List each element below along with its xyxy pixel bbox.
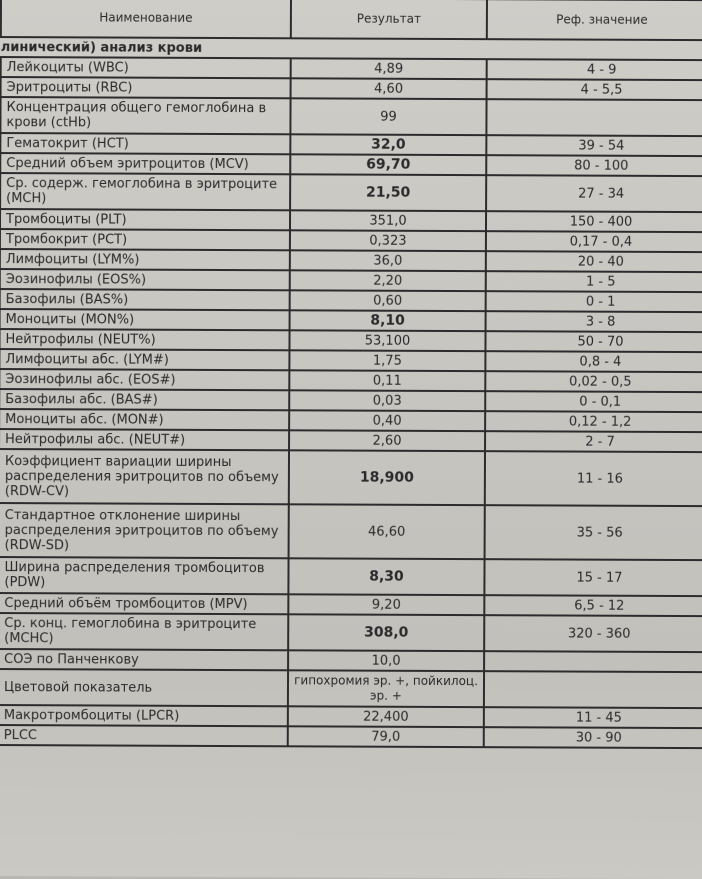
reference-range-cell: 0,8 - 4 <box>485 351 702 372</box>
test-name-cell: Эозинофилы абс. (EOS#) <box>0 369 289 390</box>
test-result-cell: 46,60 <box>289 504 485 559</box>
reference-range-cell: 11 - 16 <box>485 451 702 506</box>
test-result-cell: гипохромия эр. +, пойкилоц. эр. + <box>288 670 484 707</box>
table-row: Ширина распределения тромбоцитов (PDW)8,… <box>0 557 702 596</box>
test-result-cell: 9,20 <box>288 594 484 615</box>
reference-range-cell: 6,5 - 12 <box>484 595 702 616</box>
test-name-cell: Цветовой показатель <box>0 669 288 706</box>
test-result-cell: 308,0 <box>288 614 484 651</box>
test-result-cell: 10,0 <box>288 650 484 671</box>
test-result-cell: 0,03 <box>289 390 485 411</box>
table-row: PLCC79,030 - 90 <box>0 725 702 748</box>
table-row: Цветовой показательгипохромия эр. +, пой… <box>0 669 702 708</box>
blood-test-table: Наименование Результат Реф. значение лин… <box>0 0 702 749</box>
header-reference: Реф. значение <box>487 0 702 40</box>
test-name-cell: Гематокрит (HCT) <box>0 133 290 154</box>
table-row: Ср. конц. гемоглобина в эритроците (MCHC… <box>0 613 702 652</box>
table-row: Концентрация общего гемоглобина в крови … <box>0 97 702 136</box>
reference-range-cell: 27 - 34 <box>486 175 702 212</box>
test-name-cell: Нейтрофилы (NEUT%) <box>0 329 290 350</box>
test-name-cell: Макротромбоциты (LPCR) <box>0 705 288 726</box>
test-name-cell: Лимфоциты (LYM%) <box>0 249 290 270</box>
reference-range-cell: 4 - 5,5 <box>487 79 702 100</box>
test-name-cell: Базофилы абс. (BAS#) <box>0 389 289 410</box>
test-name-cell: Лимфоциты абс. (LYM#) <box>0 349 289 370</box>
test-name-cell: Ср. содерж. гемоглобина в эритроците (MC… <box>0 173 290 210</box>
test-name-cell: Средний объём тромбоцитов (MPV) <box>0 593 288 614</box>
test-name-cell: Моноциты (MON%) <box>0 309 290 330</box>
reference-range-cell <box>484 651 702 672</box>
test-result-cell: 32,0 <box>290 134 486 155</box>
reference-range-cell: 30 - 90 <box>484 727 702 748</box>
test-result-cell: 53,100 <box>289 330 485 351</box>
test-name-cell: PLCC <box>0 725 288 746</box>
test-result-cell: 0,60 <box>290 290 486 311</box>
test-result-cell: 69,70 <box>290 154 486 175</box>
test-result-cell: 4,60 <box>291 78 487 99</box>
reference-range-cell: 0,17 - 0,4 <box>486 231 702 252</box>
reference-range-cell <box>486 99 702 136</box>
test-name-cell: Лейкоциты (WBC) <box>1 57 291 78</box>
reference-range-cell: 2 - 7 <box>485 431 702 452</box>
test-name-cell: Концентрация общего гемоглобина в крови … <box>0 97 290 134</box>
test-result-cell: 18,900 <box>289 450 485 505</box>
reference-range-cell: 39 - 54 <box>486 135 702 156</box>
table-row: Коэффициент вариации ширины распределени… <box>0 449 702 506</box>
reference-range-cell: 0,12 - 1,2 <box>485 411 702 432</box>
reference-range-cell: 15 - 17 <box>484 559 702 596</box>
test-name-cell: Моноциты абс. (MON#) <box>0 409 289 430</box>
header-result: Результат <box>291 0 487 39</box>
test-result-cell: 99 <box>290 98 486 135</box>
test-name-cell: Нейтрофилы абс. (NEUT#) <box>0 429 289 450</box>
reference-range-cell: 50 - 70 <box>485 331 702 352</box>
test-name-cell: Тромбокрит (PCT) <box>0 229 290 250</box>
table-row: Ср. содерж. гемоглобина в эритроците (MC… <box>0 173 702 212</box>
test-name-cell: Эритроциты (RBC) <box>1 77 291 98</box>
test-name-cell: Коэффициент вариации ширины распределени… <box>0 449 289 504</box>
reference-range-cell: 3 - 8 <box>486 311 702 332</box>
test-name-cell: Стандартное отклонение ширины распределе… <box>0 503 289 558</box>
reference-range-cell: 11 - 45 <box>484 707 702 728</box>
reference-range-cell: 35 - 56 <box>485 505 702 560</box>
reference-range-cell: 4 - 9 <box>487 59 702 80</box>
test-result-cell: 0,11 <box>289 370 485 391</box>
table-row: Стандартное отклонение ширины распределе… <box>0 503 702 560</box>
test-name-cell: Ср. конц. гемоглобина в эритроците (MCHC… <box>0 613 288 650</box>
reference-range-cell: 150 - 400 <box>486 211 702 232</box>
test-result-cell: 2,60 <box>289 430 485 451</box>
lab-results-sheet: Наименование Результат Реф. значение лин… <box>0 0 702 861</box>
test-name-cell: Средний объем эритроцитов (MCV) <box>0 153 290 174</box>
reference-range-cell: 20 - 40 <box>486 251 702 272</box>
test-result-cell: 0,323 <box>290 230 486 251</box>
test-result-cell: 8,10 <box>290 310 486 331</box>
table-header-row: Наименование Результат Реф. значение <box>1 0 702 40</box>
test-name-cell: Эозинофилы (EOS%) <box>0 269 290 290</box>
test-name-cell: Ширина распределения тромбоцитов (PDW) <box>0 557 289 594</box>
test-result-cell: 2,20 <box>290 270 486 291</box>
test-result-cell: 1,75 <box>289 350 485 371</box>
header-name: Наименование <box>1 0 291 38</box>
reference-range-cell: 0,02 - 0,5 <box>485 371 702 392</box>
test-name-cell: Тромбоциты (PLT) <box>0 209 290 230</box>
test-result-cell: 0,40 <box>289 410 485 431</box>
reference-range-cell: 1 - 5 <box>486 271 702 292</box>
test-name-cell: Базофилы (BAS%) <box>0 289 290 310</box>
test-result-cell: 4,89 <box>291 58 487 79</box>
reference-range-cell: 0 - 1 <box>486 291 702 312</box>
test-name-cell: СОЭ по Панченкову <box>0 649 288 670</box>
test-result-cell: 8,30 <box>288 558 484 595</box>
reference-range-cell: 80 - 100 <box>486 155 702 176</box>
reference-range-cell: 0 - 0,1 <box>485 391 702 412</box>
test-result-cell: 351,0 <box>290 210 486 231</box>
test-result-cell: 36,0 <box>290 250 486 271</box>
test-result-cell: 21,50 <box>290 174 486 211</box>
test-result-cell: 22,400 <box>288 706 484 727</box>
reference-range-cell <box>484 671 702 708</box>
test-result-cell: 79,0 <box>288 726 484 747</box>
reference-range-cell: 320 - 360 <box>484 615 702 652</box>
